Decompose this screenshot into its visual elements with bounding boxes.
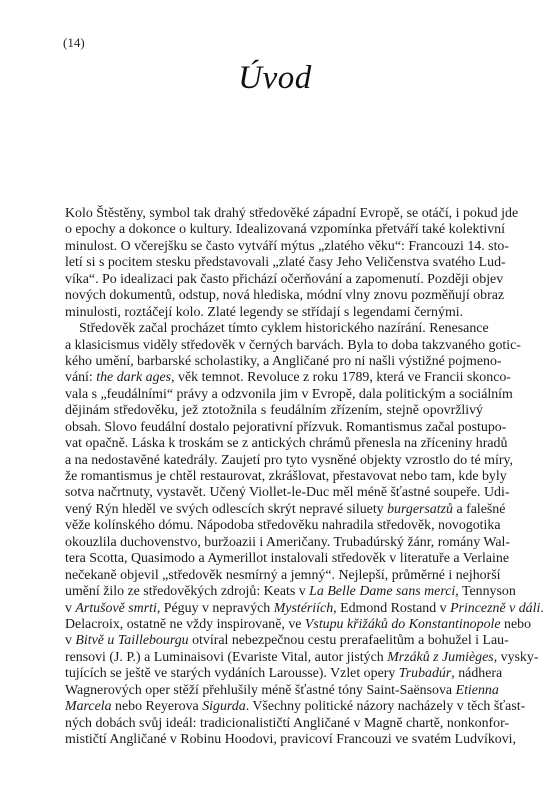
text-line: věže kolínského dómu. Nápodoba středověk… bbox=[65, 518, 483, 534]
text-line: Wagnerových oper stěží přehlušily méně š… bbox=[65, 683, 483, 699]
text-line: minulost. O včerejšku se často vytváří m… bbox=[65, 239, 483, 255]
text-line: vání: the dark ages, věk temnot. Revoluc… bbox=[65, 370, 483, 386]
text-line: rensovi (J. P.) a Luminaisovi (Evariste … bbox=[65, 650, 483, 666]
text-line: dějinám středověku, jež ztotožnila s feu… bbox=[65, 403, 483, 419]
text-line: minulosti, roztáčejí kolo. Zlaté legendy… bbox=[65, 305, 483, 321]
text-line: a klasicismus viděly středověk v černých… bbox=[65, 338, 483, 354]
text-line: tujících se ještě ve starých vydáních La… bbox=[65, 666, 483, 682]
text-line: okouzlila duchovenstvo, buržoazii i Amer… bbox=[65, 535, 483, 551]
text-line: Delacroix, ostatně ne vždy inspirovaně, … bbox=[65, 617, 483, 633]
chapter-title: Úvod bbox=[0, 60, 550, 97]
text-line: v Bitvě u Taillebourgu otvíral nebezpečn… bbox=[65, 633, 483, 649]
text-line: vat opačně. Láska k troskám se z antický… bbox=[65, 436, 483, 452]
text-line: v Artušově smrti, Péguy v nepravých Myst… bbox=[65, 601, 483, 617]
text-line: vala s „feudálními“ právy a odzvonila ji… bbox=[65, 387, 483, 403]
text-line: ných dobách svůj ideál: tradicionalistič… bbox=[65, 716, 483, 732]
text-line: o epochy a dokonce o kultury. Idealizova… bbox=[65, 222, 483, 238]
text-line: víka“. Po idealizaci pak často přichází … bbox=[65, 272, 483, 288]
text-line: Středověk začal procházet tímto cyklem h… bbox=[65, 321, 483, 337]
text-line: že romantismus je chtěl restaurovat, zkr… bbox=[65, 469, 483, 485]
text-line: umění žilo ze středověkých zdrojů: Keats… bbox=[65, 584, 483, 600]
text-line: nečekaně objevil „středověk nesmírný a j… bbox=[65, 568, 483, 584]
text-line: kého umění, barbarské scholastiky, a Ang… bbox=[65, 354, 483, 370]
text-line: nových dokumentů, odstup, nová hlediska,… bbox=[65, 288, 483, 304]
text-line: vený Rýn hleděl ve svých odlescích skrýt… bbox=[65, 502, 483, 518]
text-line: Marcela nebo Reyerova Sigurda. Všechny p… bbox=[65, 699, 483, 715]
body-text: Kolo Štěstěny, symbol tak drahý středově… bbox=[65, 206, 483, 748]
text-line: Kolo Štěstěny, symbol tak drahý středově… bbox=[65, 206, 483, 222]
text-line: a na nedostavěné katedrály. Zaujetí pro … bbox=[65, 453, 483, 469]
page-number: (14) bbox=[63, 35, 85, 51]
text-line: obsah. Slovo feudální dostalo pejorativn… bbox=[65, 420, 483, 436]
text-line: mističtí Angličané v Robinu Hoodovi, pra… bbox=[65, 732, 483, 748]
text-line: tera Scotta, Quasimodo a Aymerillot inst… bbox=[65, 551, 483, 567]
text-line: letí si s pocitem stesku představovali „… bbox=[65, 255, 483, 271]
text-line: sotva načrtnuty, vystavět. Učený Viollet… bbox=[65, 485, 483, 501]
